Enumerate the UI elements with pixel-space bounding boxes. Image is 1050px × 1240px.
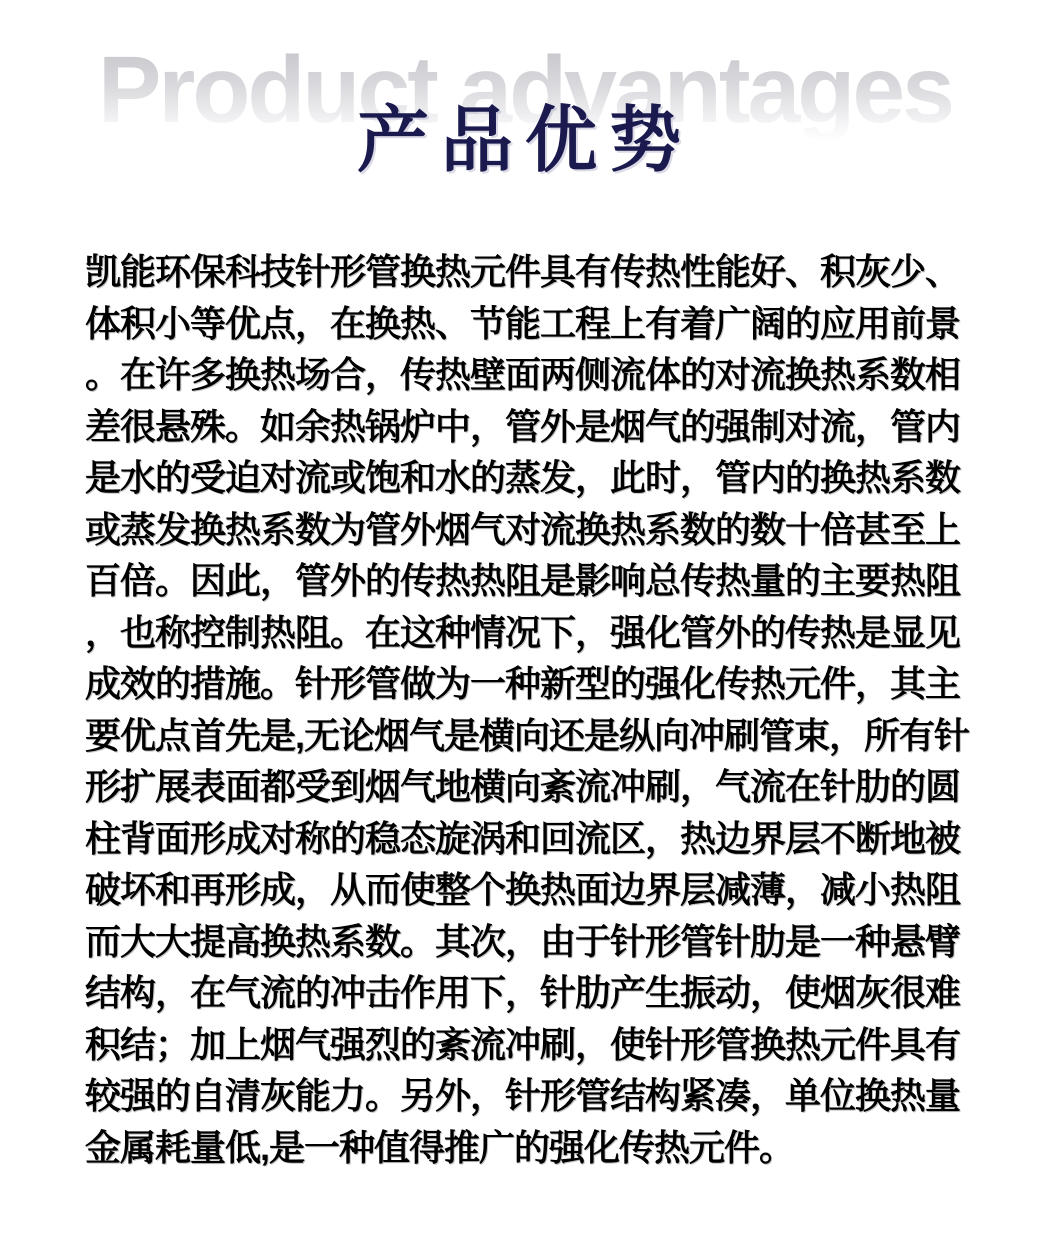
body-text-line: 差很悬殊。如余热锅炉中，管外是烟气的强制对流，管内 — [85, 401, 965, 453]
body-text-line: 或蒸发换热系数为管外烟气对流换热系数的数十倍甚至上 — [85, 504, 965, 556]
body-text-line: 金属耗量低,是一种值得推广的强化传热元件。 — [85, 1122, 965, 1174]
body-text-line: 而大大提高换热系数。其次，由于针形管针肋是一种悬臂 — [85, 916, 965, 968]
body-text-line: 积结；加上烟气强烈的紊流冲刷，使针形管换热元件具有 — [85, 1019, 965, 1071]
body-text-line: 。在许多换热场合，传热壁面两侧流体的对流换热系数相 — [85, 349, 965, 401]
body-paragraph: 凯能环保科技针形管换热元件具有传热性能好、积灰少、体积小等优点，在换热、节能工程… — [85, 246, 965, 1173]
page: Product advantages 产品优势 凯能环保科技针形管换热元件具有传… — [0, 0, 1050, 1240]
body-text-line: 较强的自清灰能力。另外，针形管结构紧凑，单位换热量 — [85, 1070, 965, 1122]
body-text-line: 是水的受迫对流或饱和水的蒸发，此时，管内的换热系数 — [85, 452, 965, 504]
page-title: 产品优势 — [0, 102, 1050, 181]
body-text-line: 破坏和再形成，从而使整个换热面边界层减薄，减小热阻 — [85, 864, 965, 916]
body-text-line: ，也称控制热阻。在这种情况下，强化管外的传热是显见 — [85, 607, 965, 659]
body-text-line: 形扩展表面都受到烟气地横向紊流冲刷，气流在针肋的圆 — [85, 761, 965, 813]
body-text-line: 凯能环保科技针形管换热元件具有传热性能好、积灰少、 — [85, 246, 965, 298]
body-text-line: 成效的措施。针形管做为一种新型的强化传热元件，其主 — [85, 658, 965, 710]
body-text-line: 体积小等优点，在换热、节能工程上有着广阔的应用前景 — [85, 298, 965, 350]
body-text-line: 百倍。因此，管外的传热热阻是影响总传热量的主要热阻 — [85, 555, 965, 607]
body-text-line: 柱背面形成对称的稳态旋涡和回流区，热边界层不断地被 — [85, 813, 965, 865]
body-text-line: 结构，在气流的冲击作用下，针肋产生振动，使烟灰很难 — [85, 967, 965, 1019]
body-text-line: 要优点首先是,无论烟气是横向还是纵向冲刷管束，所有针 — [85, 710, 965, 762]
